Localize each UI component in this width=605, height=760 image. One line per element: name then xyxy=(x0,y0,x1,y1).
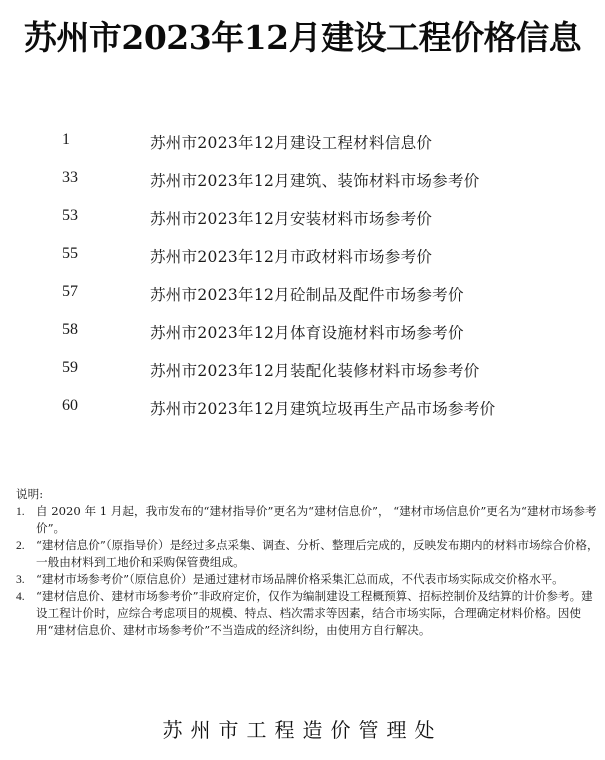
toc-entry[interactable]: 57 苏州市2023年12月砼制品及配件市场参考价 xyxy=(0,283,605,307)
note-text: 自 2020 年 1 月起，我市发布的“建材指导价”更名为“建材信息价”， “建… xyxy=(36,504,597,535)
toc-entry[interactable]: 1 苏州市2023年12月建设工程材料信息价 xyxy=(0,131,605,155)
toc-entry[interactable]: 59 苏州市2023年12月装配化装修材料市场参考价 xyxy=(0,359,605,383)
toc-page-number: 1 xyxy=(62,131,70,149)
note-text: “建材信息价、建材市场参考价”非政府定价，仅作为编制建设工程概预算、招标控制价及… xyxy=(36,589,593,637)
toc-entry-label: 苏州市2023年12月建筑垃圾再生产品市场参考价 xyxy=(150,397,495,419)
note-item: 4. “建材信息价、建材市场参考价”非政府定价，仅作为编制建设工程概预算、招标控… xyxy=(16,588,601,639)
note-number: 2. xyxy=(16,537,25,554)
toc-page-number: 55 xyxy=(62,245,78,263)
toc-page-number: 58 xyxy=(62,321,78,339)
toc-page-number: 33 xyxy=(62,169,78,187)
toc-entry-label: 苏州市2023年12月体育设施材料市场参考价 xyxy=(150,321,464,343)
toc-page-number: 57 xyxy=(62,283,78,301)
toc-entry-label: 苏州市2023年12月安装材料市场参考价 xyxy=(150,207,432,229)
toc-entry-label: 苏州市2023年12月建设工程材料信息价 xyxy=(150,131,432,153)
note-number: 3. xyxy=(16,571,25,588)
toc-entry-label: 苏州市2023年12月建筑、装饰材料市场参考价 xyxy=(150,169,480,191)
notes-section: 说明: 1. 自 2020 年 1 月起，我市发布的“建材指导价”更名为“建材信… xyxy=(16,486,601,639)
note-number: 4. xyxy=(16,588,25,605)
note-number: 1. xyxy=(16,503,25,520)
note-item: 1. 自 2020 年 1 月起，我市发布的“建材指导价”更名为“建材信息价”，… xyxy=(16,503,601,537)
note-text: “建材市场参考价”（原信息价）是通过建材市场品牌价格采集汇总而成，不代表市场实际… xyxy=(36,572,564,586)
note-item: 3. “建材市场参考价”（原信息价）是通过建材市场品牌价格采集汇总而成，不代表市… xyxy=(16,571,601,588)
notes-heading: 说明: xyxy=(16,486,601,503)
note-item: 2. “建材信息价”（原指导价）是经过多点采集、调查、分析、整理后完成的，反映发… xyxy=(16,537,601,571)
issuer-signature: 苏州市工程造价管理处 xyxy=(0,714,605,743)
toc-entry[interactable]: 53 苏州市2023年12月安装材料市场参考价 xyxy=(0,207,605,231)
toc-entry-label: 苏州市2023年12月市政材料市场参考价 xyxy=(150,245,432,267)
toc-entry[interactable]: 55 苏州市2023年12月市政材料市场参考价 xyxy=(0,245,605,269)
note-text: “建材信息价”（原指导价）是经过多点采集、调查、分析、整理后完成的，反映发布期内… xyxy=(36,538,599,569)
toc-page-number: 53 xyxy=(62,207,78,225)
toc-entry[interactable]: 33 苏州市2023年12月建筑、装饰材料市场参考价 xyxy=(0,169,605,193)
toc-entry[interactable]: 60 苏州市2023年12月建筑垃圾再生产品市场参考价 xyxy=(0,397,605,421)
toc-page-number: 60 xyxy=(62,397,78,415)
toc-entry[interactable]: 58 苏州市2023年12月体育设施材料市场参考价 xyxy=(0,321,605,345)
toc-entry-label: 苏州市2023年12月装配化装修材料市场参考价 xyxy=(150,359,480,381)
toc-entry-label: 苏州市2023年12月砼制品及配件市场参考价 xyxy=(150,283,464,305)
toc-page-number: 59 xyxy=(62,359,78,377)
document-title: 苏州市2023年12月建设工程价格信息 xyxy=(0,12,605,59)
